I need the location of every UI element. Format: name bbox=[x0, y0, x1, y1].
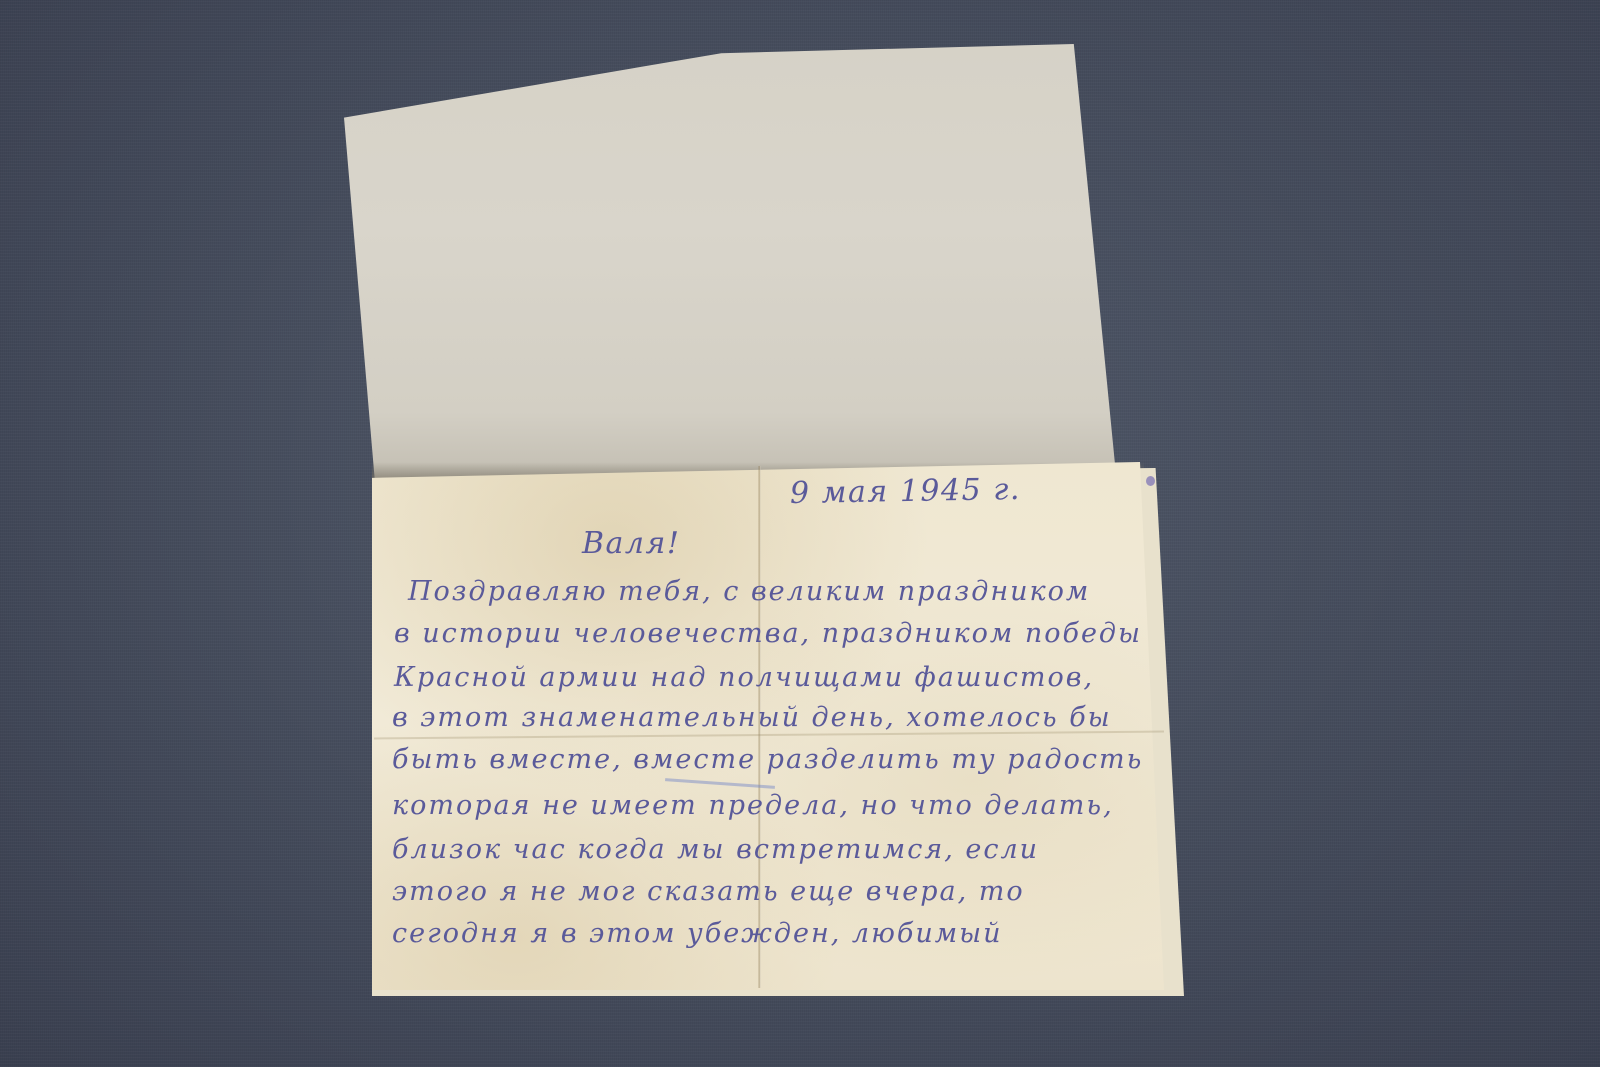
letter-line: в истории человечества, праздником побед… bbox=[394, 618, 1142, 649]
blank-notepad-leaf bbox=[344, 44, 1164, 504]
letter-line: близок час когда мы встретимся, если bbox=[392, 834, 1039, 865]
letter-line: Красной армии над полчищами фашистов, bbox=[394, 662, 1094, 693]
letter-line: быть вместе, вместе разделить ту радость bbox=[392, 744, 1143, 775]
ink-blot bbox=[1146, 476, 1155, 486]
letter-line: которая не имеет предела, но что делать, bbox=[392, 790, 1114, 821]
letter-line: сегодня я в этом убежден, любимый bbox=[392, 918, 1003, 949]
letter-line: в этот знаменательный день, хотелось бы bbox=[392, 702, 1112, 733]
letter-greeting: Валя! bbox=[582, 526, 680, 561]
letter-line: Поздравляю тебя, с великим праздником bbox=[408, 576, 1090, 607]
letter-date: 9 мая 1945 г. bbox=[790, 472, 1021, 511]
letter-line: этого я не мог сказать еще вчера, то bbox=[392, 876, 1025, 907]
